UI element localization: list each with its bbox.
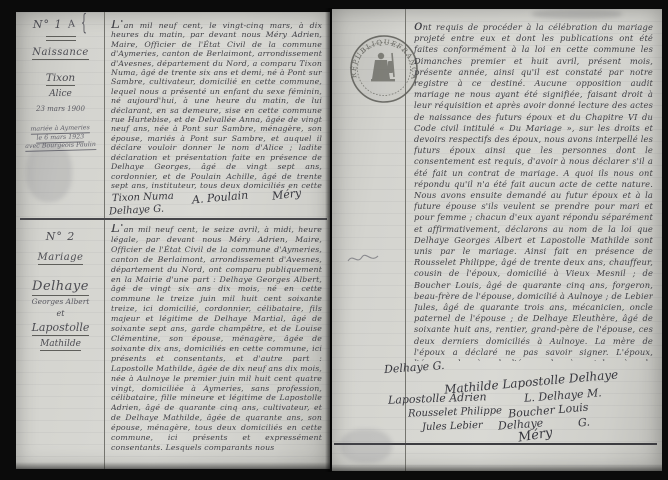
act2-margin-block: N° 2 Mariage Delhaye Georges Albert et L… xyxy=(19,230,102,351)
bleed-through-smudge xyxy=(26,142,72,202)
margin-rule-left-page xyxy=(104,12,105,469)
act1-surname: Tixon xyxy=(46,72,75,86)
signature-lapostolle-adrien: Lapostolle Adrien xyxy=(388,390,487,406)
scan-stain xyxy=(532,9,622,19)
act2-groom-surname: Delhaye xyxy=(32,279,89,296)
act1-date: 23 mars 1900 xyxy=(36,105,85,113)
act2-conjunction: et xyxy=(57,309,65,318)
act2-bride-firstname: Mathilde xyxy=(40,339,81,351)
act2-groom-firstnames: Georges Albert xyxy=(32,297,90,306)
seal-graphic: RÉPUBLIQUE FRANÇAISE xyxy=(348,33,420,105)
register-page-right: RÉPUBLIQUE FRANÇAISE ont requis de procé… xyxy=(332,9,662,471)
signature-delhaye-initial: G. xyxy=(577,415,590,429)
act2-bride-surname: Lapostolle xyxy=(32,321,90,336)
signature-mery-act1: Méry xyxy=(271,186,302,202)
signature-delhaye-groom-father: Delhaye G. xyxy=(384,359,445,376)
act1-number-row: N° 1 A { xyxy=(33,18,88,31)
signature-rousselet: Rousselet Philippe xyxy=(408,405,502,419)
signature-delhaye-act1: Delhaye G. xyxy=(109,204,165,218)
act1-category-label: Naissance xyxy=(32,47,89,60)
act1-firstname: Alice xyxy=(49,89,72,99)
margin-divider xyxy=(46,36,76,41)
signature-lebier: Jules Lebier xyxy=(422,420,483,433)
republique-francaise-seal: RÉPUBLIQUE FRANÇAISE xyxy=(348,33,420,105)
act2-number: N° 2 xyxy=(46,230,76,243)
act1-number: N° 1 xyxy=(33,18,63,31)
act1-brace-mark: { xyxy=(81,12,88,36)
act1-birth-record-text: L'an mil neuf cent, le vingt-cinq mars, … xyxy=(111,20,322,190)
register-page-left: N° 1 A { Naissance Tixon Alice 23 mars 1… xyxy=(16,12,330,469)
act2-number-row: N° 2 xyxy=(46,230,76,243)
signature-poulain: A. Poulain xyxy=(192,189,249,207)
scanned-register-spread: N° 1 A { Naissance Tixon Alice 23 mars 1… xyxy=(0,0,668,480)
act2-marriage-record-text-start: L'an mil neuf cent, le seize avril, à mi… xyxy=(111,224,322,464)
act2-category-label: Mariage xyxy=(38,252,84,265)
margin-paraph-scribble xyxy=(346,251,380,267)
bleed-through-smudge xyxy=(340,429,392,463)
signature-tixon: Tixon Numa xyxy=(112,191,174,204)
act-separator-rule xyxy=(20,218,327,220)
act1-paraph-mark: A xyxy=(66,18,76,30)
act1-margin-block: N° 1 A { Naissance Tixon Alice 23 mars 1… xyxy=(19,18,102,151)
act2-marriage-record-text-continued: ont requis de procéder à la célébration … xyxy=(414,21,653,361)
